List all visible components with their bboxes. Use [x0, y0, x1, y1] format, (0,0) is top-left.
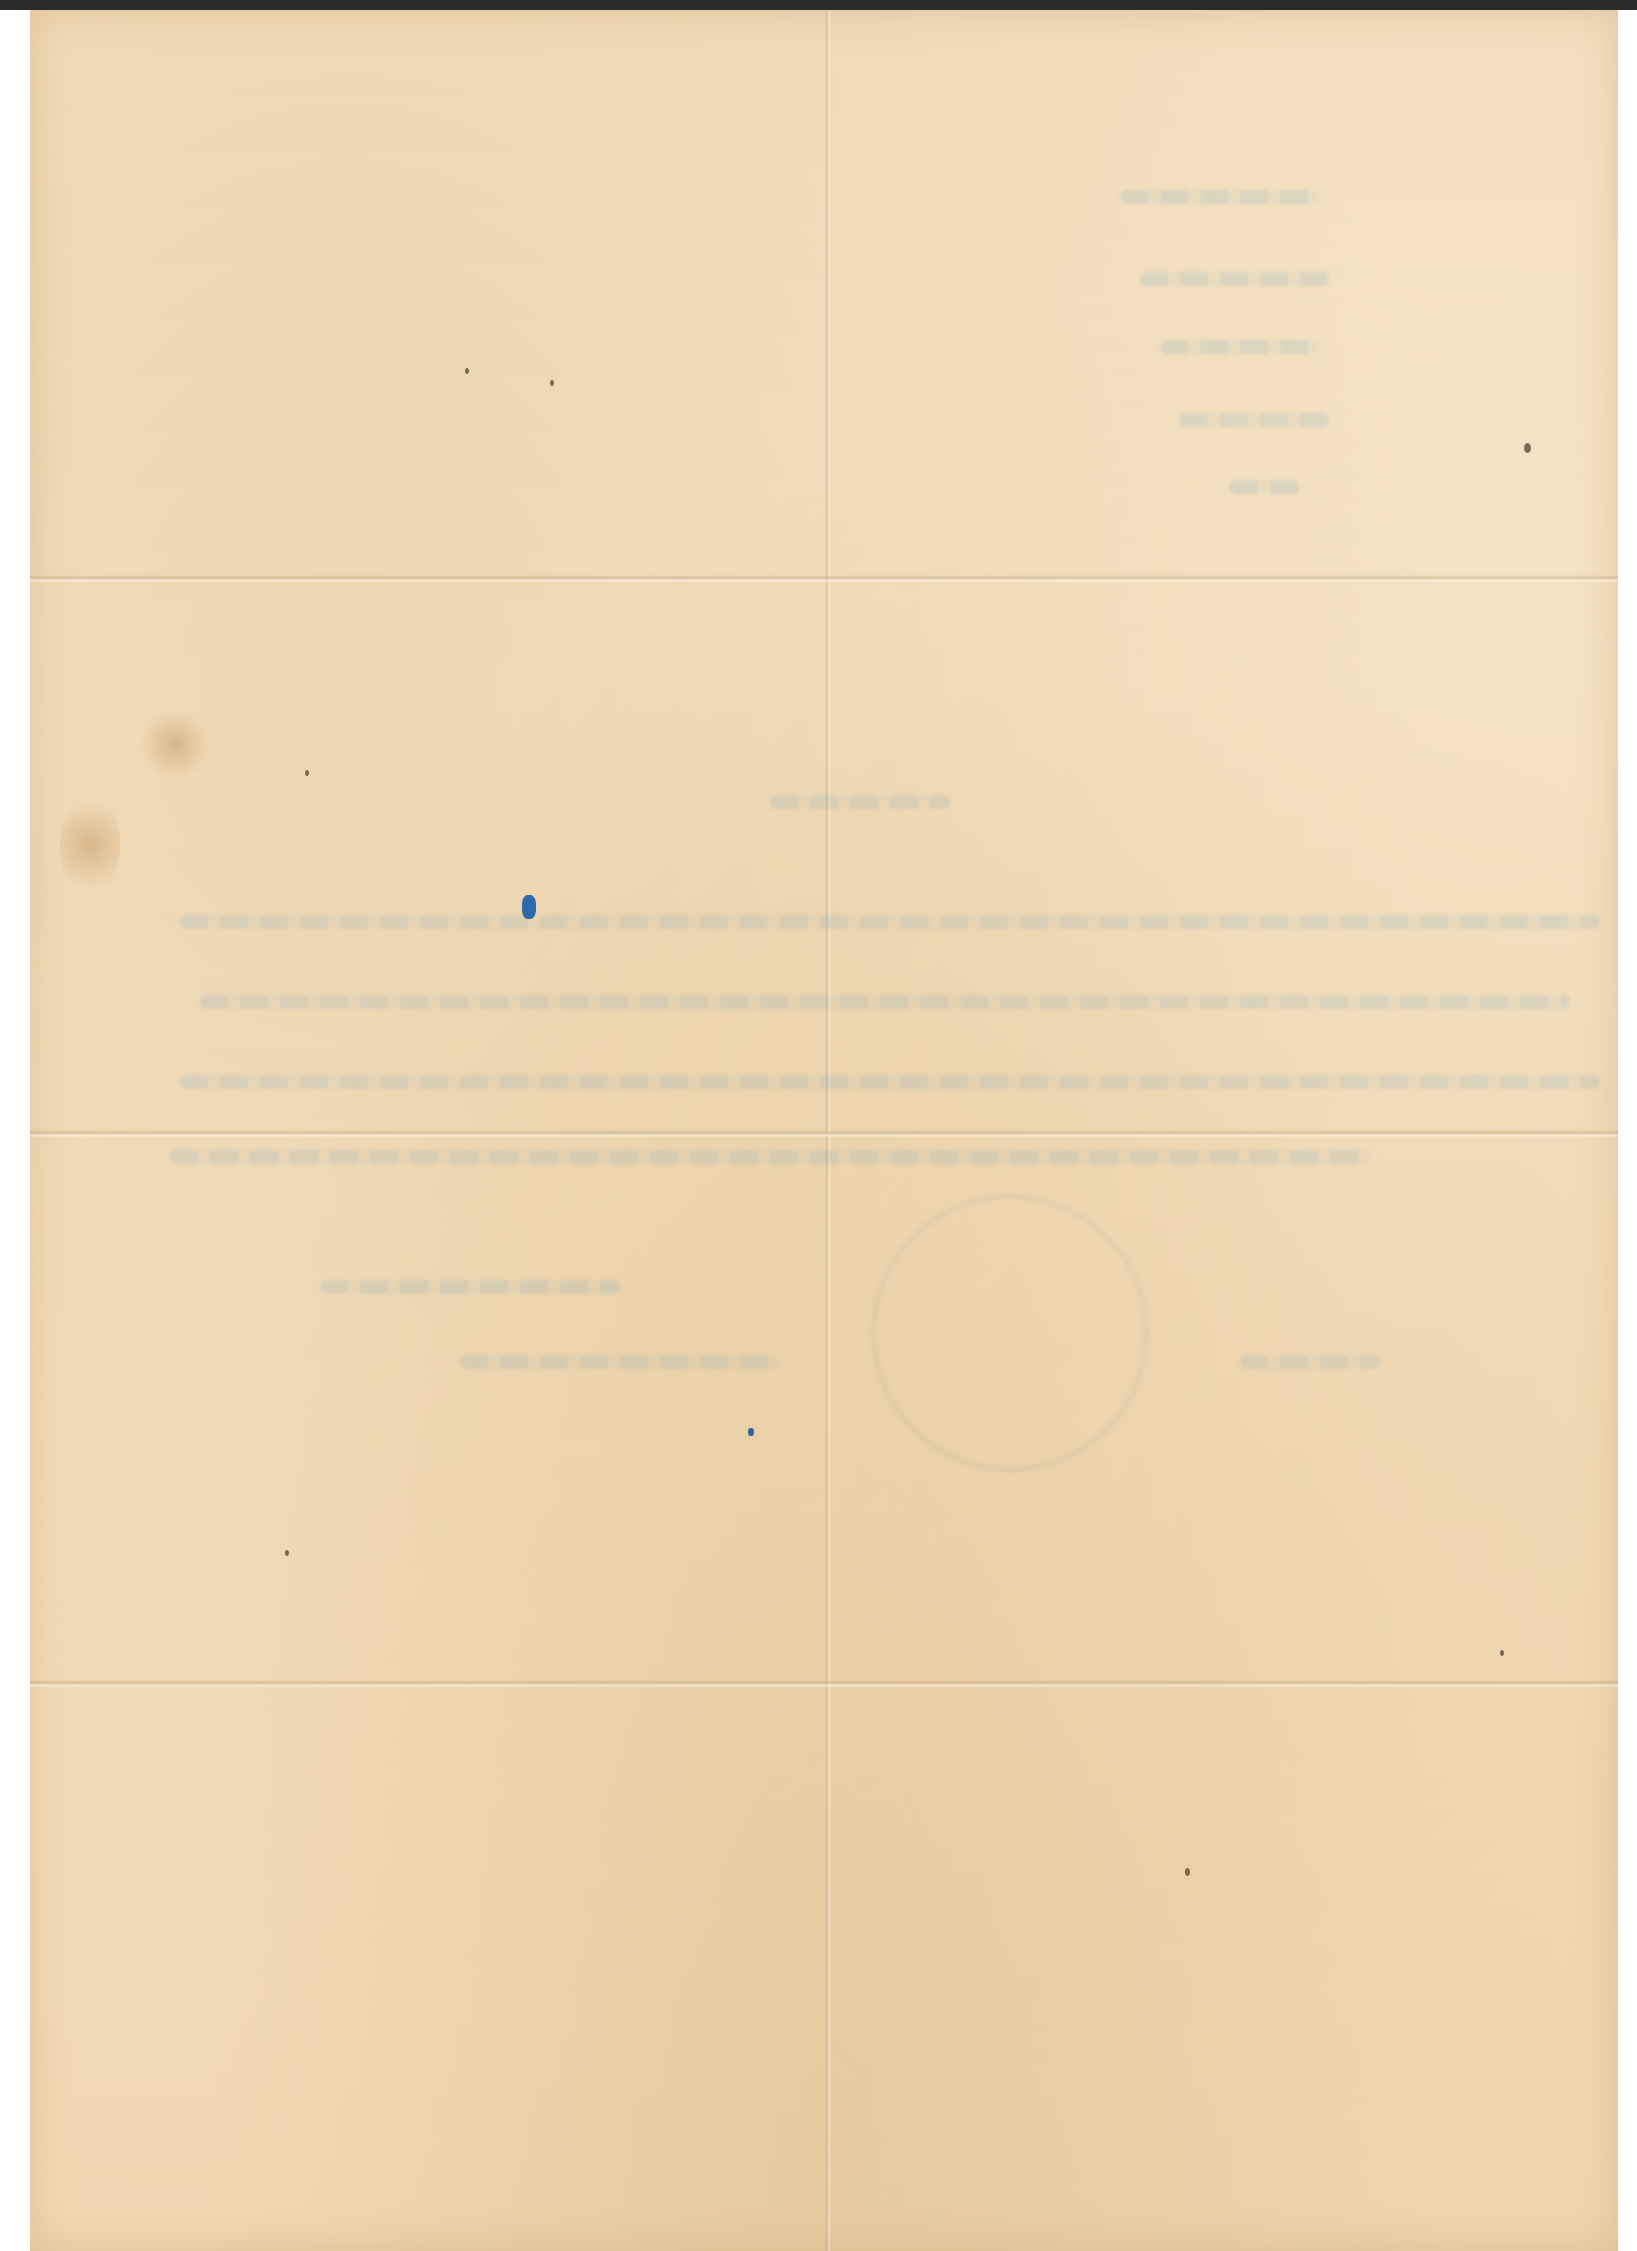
dirt-speck [1185, 1868, 1190, 1876]
bleed-through-writing [180, 1075, 1600, 1089]
bleed-through-writing [200, 995, 1570, 1009]
dirt-speck [305, 770, 309, 776]
dirt-speck [285, 1550, 289, 1556]
horizontal-fold-crease [30, 1130, 1618, 1138]
horizontal-fold-crease [30, 575, 1618, 583]
ink-speck [522, 895, 536, 919]
stamp-ghost [872, 1195, 1148, 1471]
bleed-through-writing [180, 915, 1600, 929]
dirt-speck [1524, 443, 1531, 453]
bleed-through-writing [1230, 480, 1300, 494]
ink-speck [748, 1428, 754, 1436]
dirt-speck [1500, 1650, 1504, 1656]
bleed-through-writing [170, 1150, 1370, 1164]
paper-sheet [30, 10, 1618, 2251]
bleed-through-writing [770, 795, 950, 809]
bleed-through-writing [1140, 272, 1330, 286]
bleed-through-writing [1180, 413, 1330, 427]
scanner-edge-bar [0, 0, 1637, 10]
water-stain [140, 710, 210, 780]
bleed-through-writing [1240, 1355, 1380, 1369]
horizontal-fold-crease [30, 1680, 1618, 1688]
dirt-speck [550, 380, 554, 386]
dirt-speck [465, 368, 469, 374]
bleed-through-writing [1160, 340, 1320, 354]
bleed-through-signature [320, 1280, 620, 1294]
water-stain [60, 790, 120, 900]
bleed-through-signature [460, 1355, 780, 1369]
bleed-through-writing [1120, 190, 1320, 204]
